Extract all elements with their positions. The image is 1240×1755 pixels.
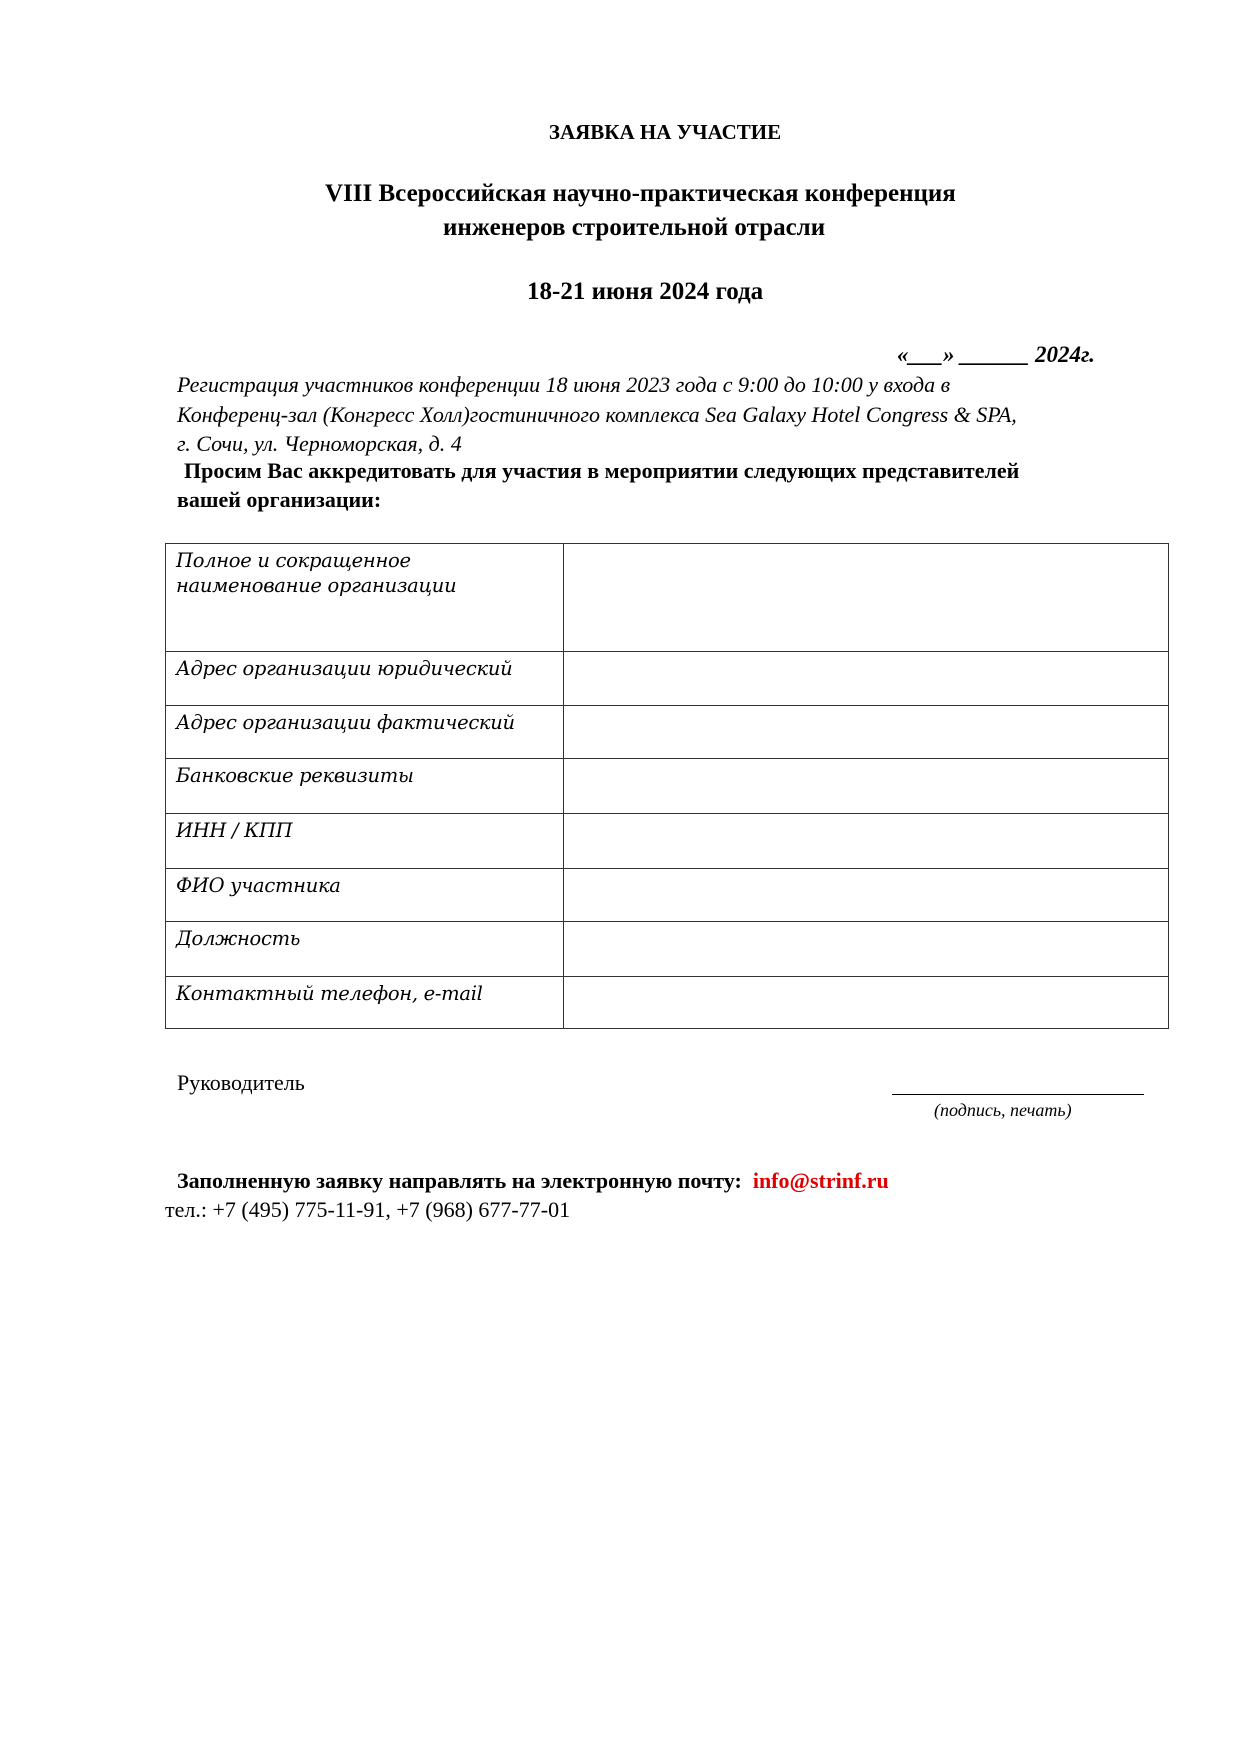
contact-field[interactable] <box>564 977 1169 1029</box>
application-date-field: «___» ______ 2024г. <box>897 342 1095 368</box>
signature-caption: (подпись, печать) <box>934 1100 1072 1121</box>
row-label: ФИО участника <box>166 869 564 922</box>
table-row: Должность <box>166 922 1169 977</box>
row-label: Адрес организации фактический <box>166 706 564 759</box>
table-row: Банковские реквизиты <box>166 759 1169 814</box>
application-form-table: Полное и сокращенное наименование органи… <box>165 543 1169 1029</box>
document-title: ЗАЯВКА НА УЧАСТИЕ <box>0 120 1240 145</box>
row-label: Полное и сокращенное наименование органи… <box>166 544 564 652</box>
conference-name-line1: VIII Всероссийская научно-практическая к… <box>325 180 956 208</box>
table-row: Адрес организации фактический <box>166 706 1169 759</box>
registration-info-line1: Регистрация участников конференции 18 ию… <box>177 372 950 398</box>
accreditation-request-line2: вашей организации: <box>177 487 381 513</box>
phone-numbers: тел.: +7 (495) 775-11-91, +7 (968) 677-7… <box>165 1197 570 1223</box>
row-label-text: Полное и сокращенное наименование органи… <box>176 548 476 598</box>
legal-address-field[interactable] <box>564 652 1169 706</box>
row-label: Контактный телефон, e-mail <box>166 977 564 1029</box>
actual-address-field[interactable] <box>564 706 1169 759</box>
table-row: Контактный телефон, e-mail <box>166 977 1169 1029</box>
registration-info-line2: Конференц-зал (Конгресс Холл)гостиничног… <box>177 402 1017 428</box>
inn-kpp-field[interactable] <box>564 814 1169 869</box>
submission-instructions: Заполненную заявку направлять на электро… <box>177 1168 889 1194</box>
bank-details-field[interactable] <box>564 759 1169 814</box>
row-label: Адрес организации юридический <box>166 652 564 706</box>
participant-name-field[interactable] <box>564 869 1169 922</box>
row-label: Банковские реквизиты <box>166 759 564 814</box>
organization-name-field[interactable] <box>564 544 1169 652</box>
table-row: Полное и сокращенное наименование органи… <box>166 544 1169 652</box>
submission-text: Заполненную заявку направлять на электро… <box>177 1168 742 1193</box>
table-row: ИНН / КПП <box>166 814 1169 869</box>
position-field[interactable] <box>564 922 1169 977</box>
email-link[interactable]: info@strinf.ru <box>753 1168 889 1193</box>
conference-dates: 18-21 июня 2024 года <box>527 278 763 306</box>
table-row: ФИО участника <box>166 869 1169 922</box>
registration-info-line3: г. Сочи, ул. Черноморская, д. 4 <box>177 431 462 457</box>
accreditation-request-line1: Просим Вас аккредитовать для участия в м… <box>184 458 1019 484</box>
signature-line <box>892 1094 1144 1095</box>
row-label: Должность <box>166 922 564 977</box>
table-row: Адрес организации юридический <box>166 652 1169 706</box>
row-label: ИНН / КПП <box>166 814 564 869</box>
conference-name-line2: инженеров строительной отрасли <box>443 214 825 242</box>
signatory-role: Руководитель <box>177 1070 305 1096</box>
